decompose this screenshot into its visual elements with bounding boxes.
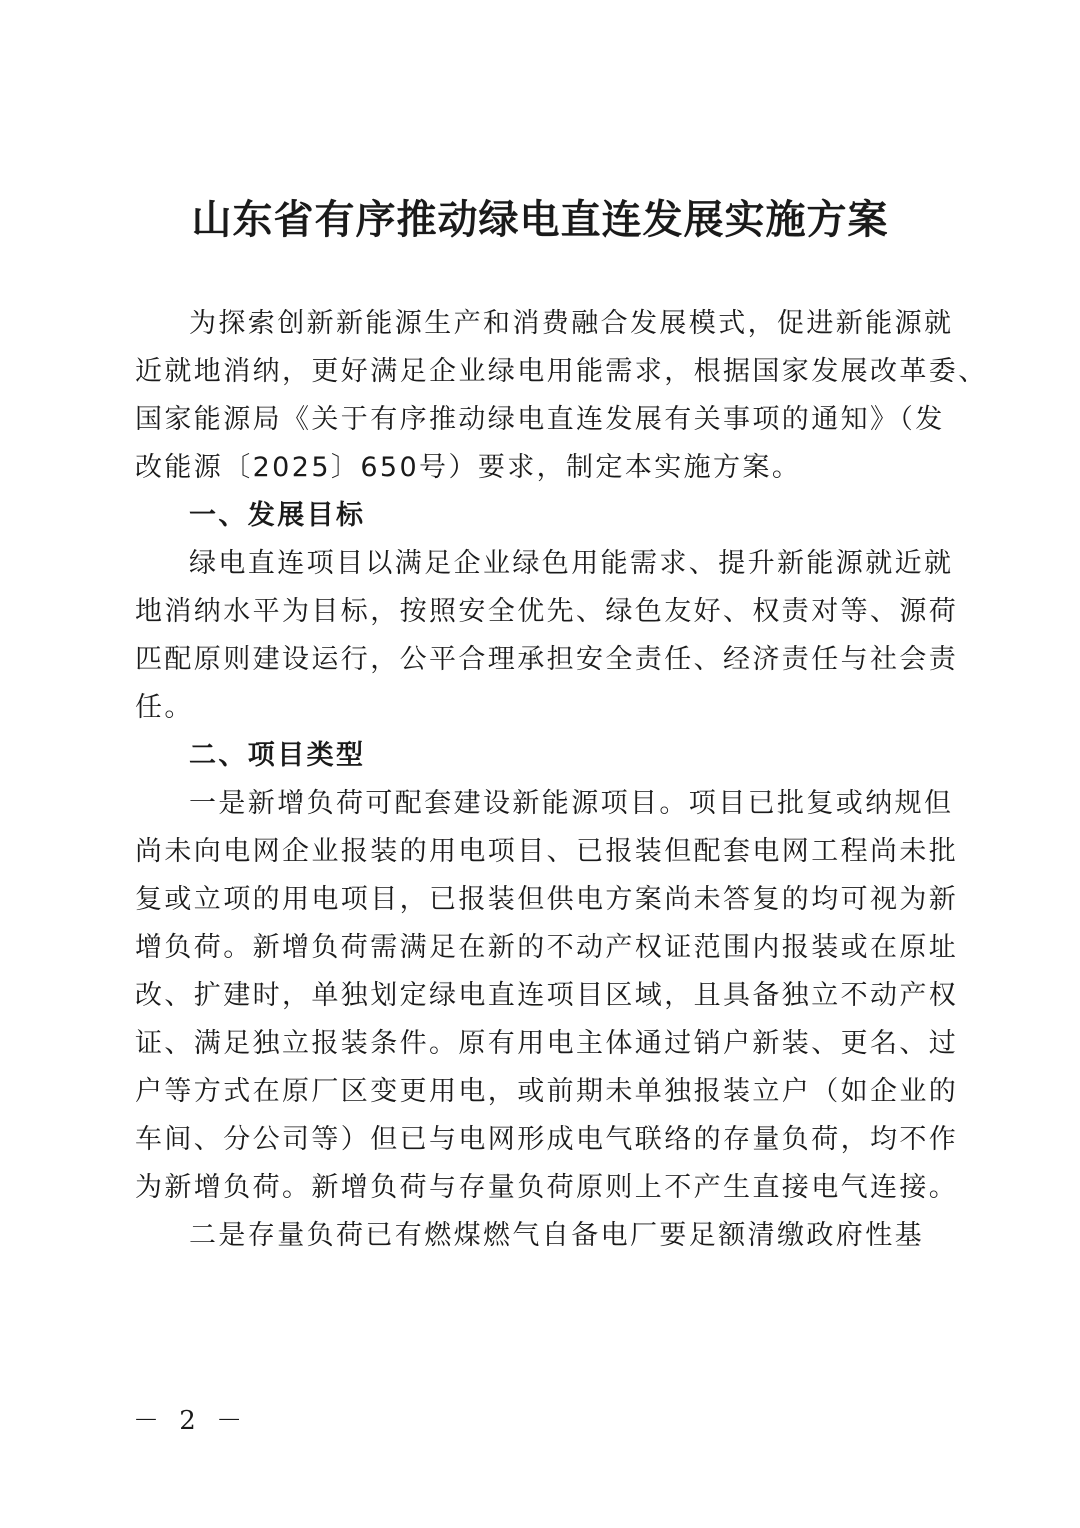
text-line: 证、满足独立报装条件。原有用电主体通过销户新装、更名、过 xyxy=(135,1020,937,1068)
text-line: 车间、分公司等）但已与电网形成电气联络的存量负荷，均不作 xyxy=(135,1116,937,1164)
text-line: 为新增负荷。新增负荷与存量负荷原则上不产生直接电气连接。 xyxy=(135,1164,937,1212)
text-line: 一是新增负荷可配套建设新能源项目。项目已批复或纳规但 xyxy=(135,780,937,828)
text-line: 国家能源局《关于有序推动绿电直连发展有关事项的通知》（发 xyxy=(135,396,937,444)
text-line: 地消纳水平为目标，按照安全优先、绿色友好、权责对等、源荷 xyxy=(135,588,937,636)
text-line: 复或立项的用电项目，已报装但供电方案尚未答复的均可视为新 xyxy=(135,876,937,924)
text-line: 尚未向电网企业报装的用电项目、已报装但配套电网工程尚未批 xyxy=(135,828,937,876)
page-number: － 2 － xyxy=(133,1400,248,1437)
text-line: 改能源〔2025〕650号）要求，制定本实施方案。 xyxy=(135,444,937,492)
goals-paragraph: 绿电直连项目以满足企业绿色用能需求、提升新能源就近就 地消纳水平为目标，按照安全… xyxy=(135,540,937,732)
intro-paragraph: 为探索创新新能源生产和消费融合发展模式，促进新能源就 近就地消纳，更好满足企业绿… xyxy=(135,300,937,492)
text-line: 二是存量负荷已有燃煤燃气自备电厂要足额清缴政府性基 xyxy=(135,1212,937,1260)
text-line: 匹配原则建设运行，公平合理承担安全责任、经济责任与社会责 xyxy=(135,636,937,684)
section-heading-project-types: 二、项目类型 xyxy=(135,732,937,780)
text-line: 为探索创新新能源生产和消费融合发展模式，促进新能源就 xyxy=(135,300,937,348)
project-type-paragraph-1: 一是新增负荷可配套建设新能源项目。项目已批复或纳规但 尚未向电网企业报装的用电项… xyxy=(135,780,937,1212)
text-line: 绿电直连项目以满足企业绿色用能需求、提升新能源就近就 xyxy=(135,540,937,588)
document-page: 山东省有序推动绿电直连发展实施方案 为探索创新新能源生产和消费融合发展模式，促进… xyxy=(0,0,1080,1528)
text-line: 增负荷。新增负荷需满足在新的不动产权证范围内报装或在原址 xyxy=(135,924,937,972)
text-line: 近就地消纳，更好满足企业绿电用能需求，根据国家发展改革委、 xyxy=(135,348,937,396)
document-title: 山东省有序推动绿电直连发展实施方案 xyxy=(0,192,1080,248)
text-line: 任。 xyxy=(135,684,937,732)
project-type-paragraph-2: 二是存量负荷已有燃煤燃气自备电厂要足额清缴政府性基 xyxy=(135,1212,937,1260)
document-body: 为探索创新新能源生产和消费融合发展模式，促进新能源就 近就地消纳，更好满足企业绿… xyxy=(135,300,937,1260)
section-heading-goals: 一、发展目标 xyxy=(135,492,937,540)
text-line: 户等方式在原厂区变更用电，或前期未单独报装立户（如企业的 xyxy=(135,1068,937,1116)
text-line: 改、扩建时，单独划定绿电直连项目区域，且具备独立不动产权 xyxy=(135,972,937,1020)
